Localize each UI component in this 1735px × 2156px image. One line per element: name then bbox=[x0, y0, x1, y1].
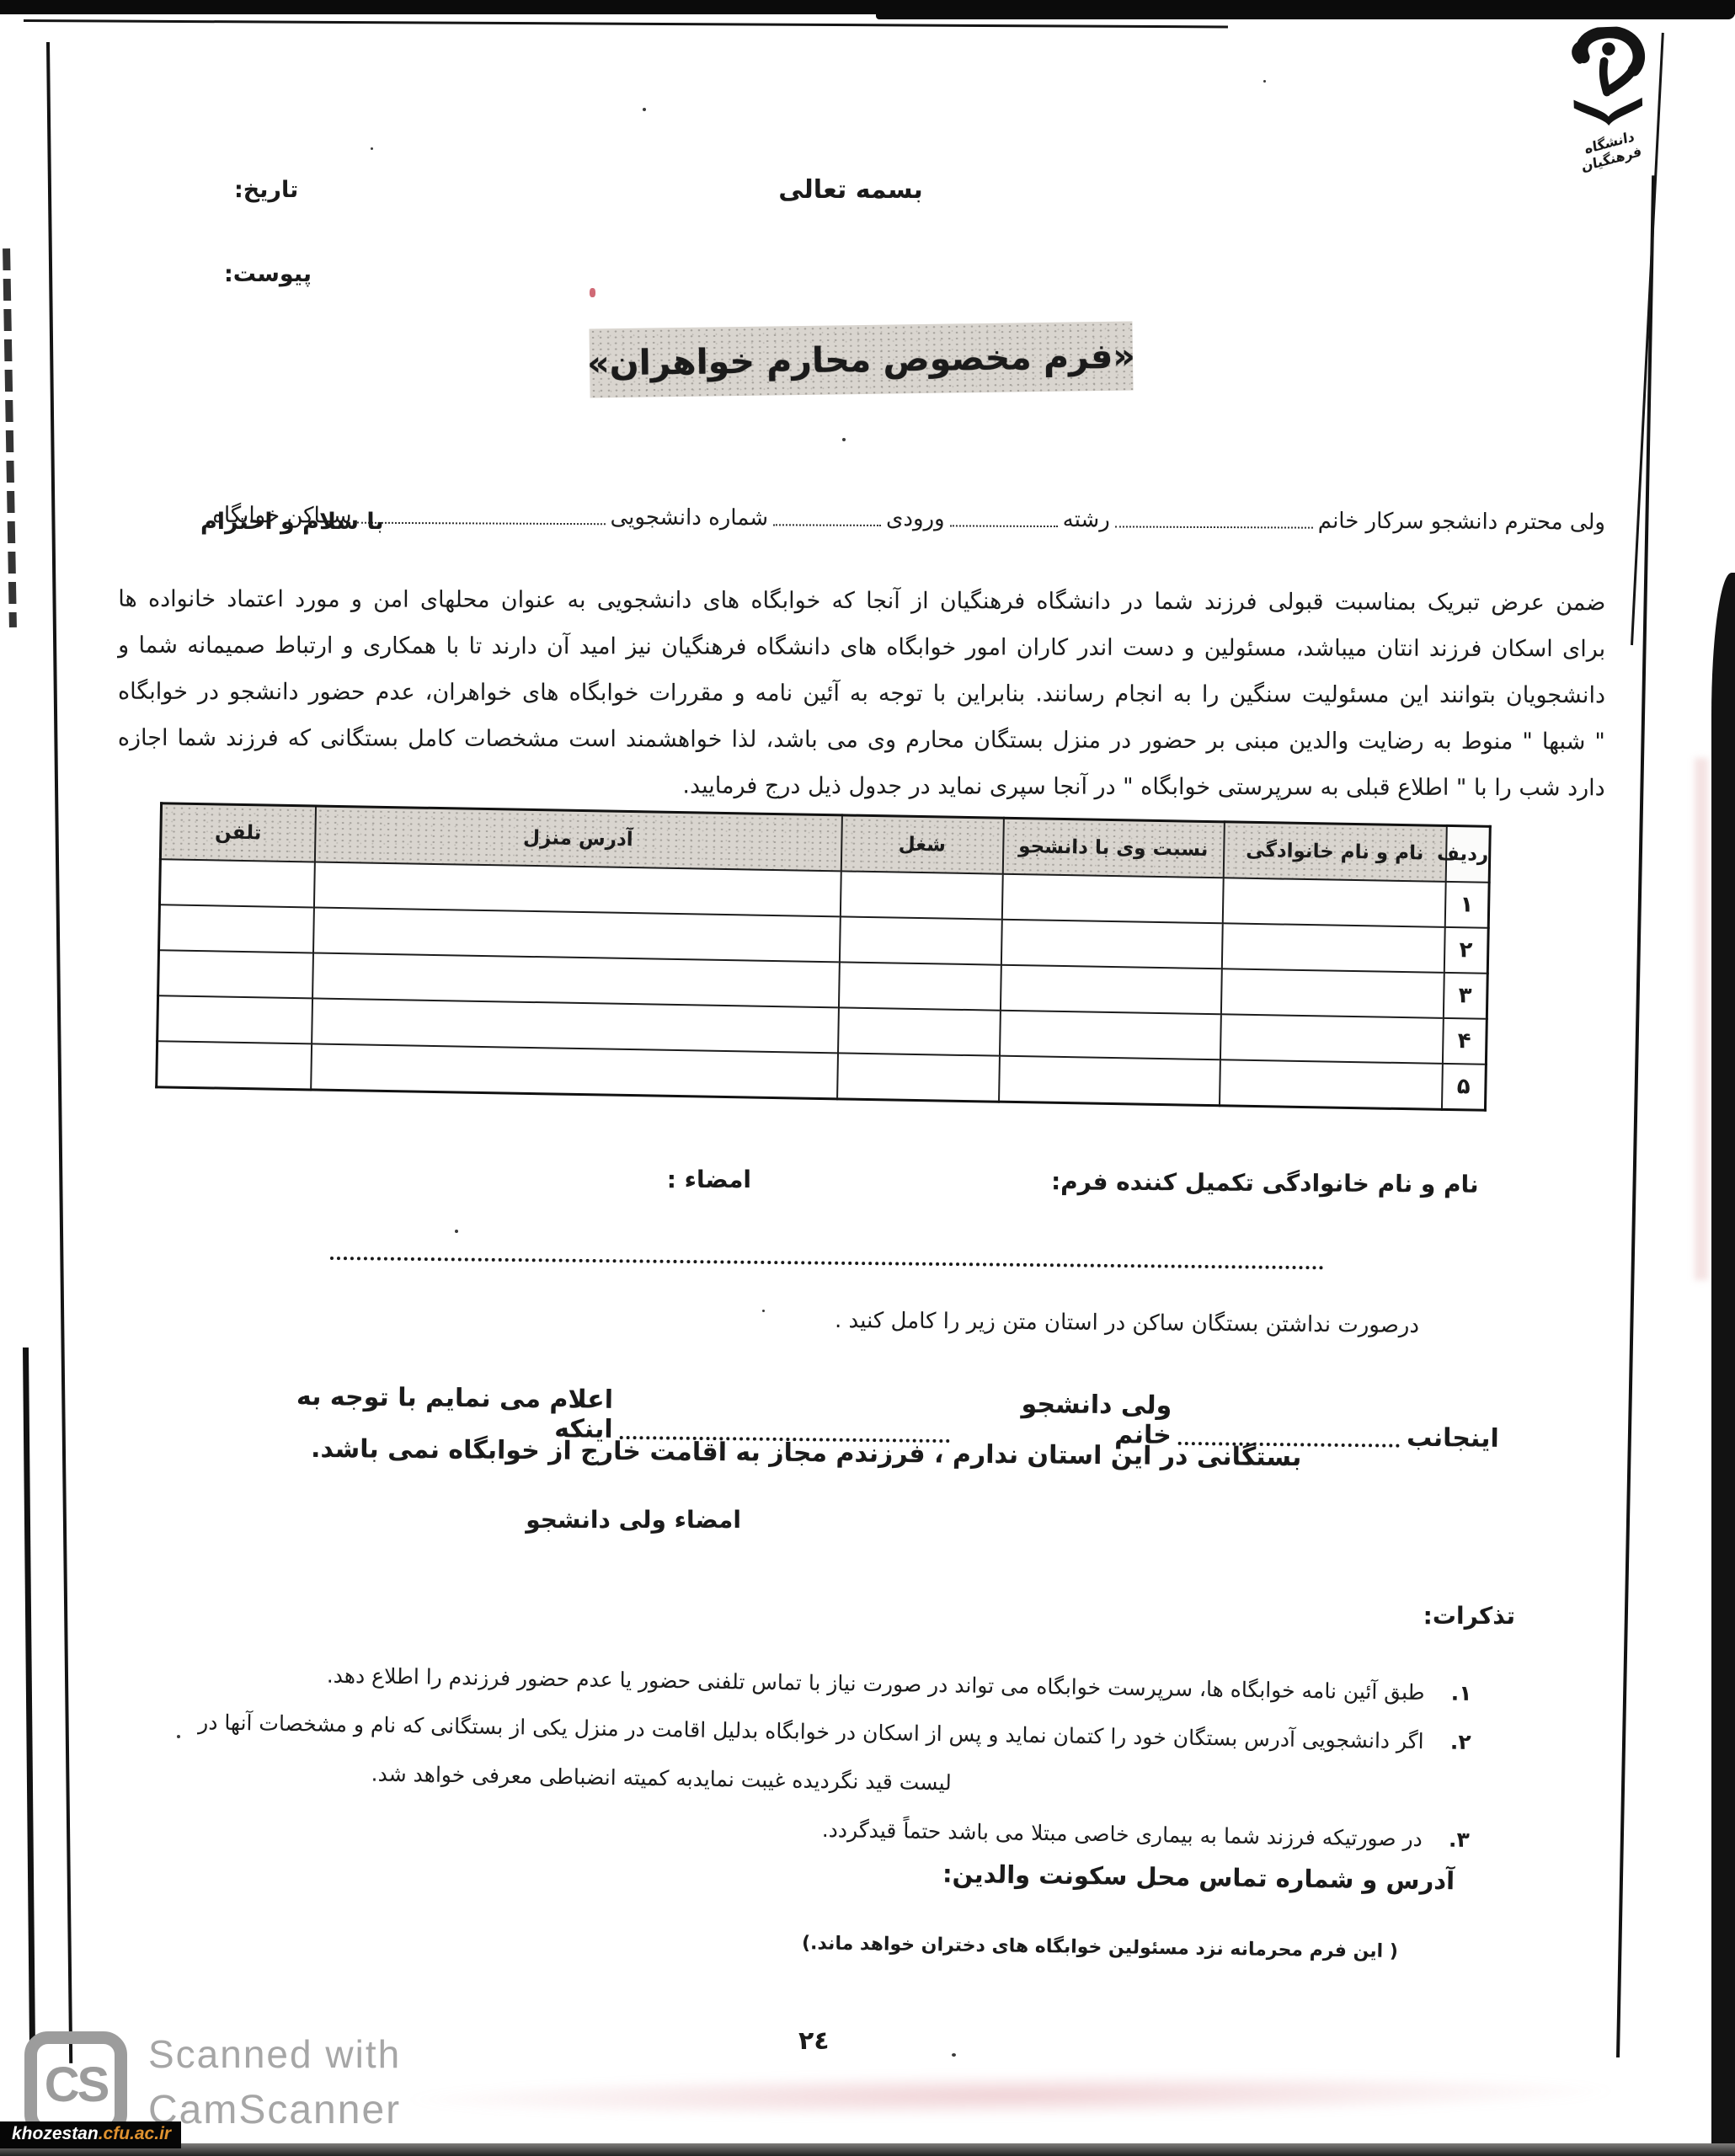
table-cell bbox=[840, 871, 1002, 919]
page-number: ۲٤ bbox=[798, 2026, 830, 2056]
table-header-relation: نسبت وی با دانشجو bbox=[1002, 818, 1224, 878]
table-cell bbox=[1219, 1059, 1442, 1109]
table-cell bbox=[311, 1043, 838, 1098]
besmele-text: بسمه تعالی bbox=[724, 175, 977, 205]
scan-speck bbox=[643, 108, 646, 111]
no-relatives-instruction: درصورت نداشتن بستگان ساکن در استان متن ز… bbox=[835, 1308, 1419, 1338]
table-cell bbox=[159, 859, 314, 907]
table-header-row-number: ردیف bbox=[1445, 825, 1490, 882]
date-label: تاریخ: bbox=[234, 177, 298, 203]
scan-border-right bbox=[1616, 175, 1655, 2057]
table-cell bbox=[1221, 923, 1444, 973]
table-header-job: شغل bbox=[841, 815, 1003, 874]
scan-speck bbox=[762, 1310, 765, 1312]
table-cell bbox=[999, 1056, 1220, 1106]
intro-line: برای اسکان فرزند انتان میباشد، مسئولین و… bbox=[118, 622, 1605, 673]
row-number-cell: ۴ bbox=[1442, 1018, 1487, 1065]
intro-paragraph: ضمن عرض تبریک بمناسبت قبولی فرزند شما در… bbox=[118, 576, 1606, 812]
note-number: ۲. bbox=[1435, 1717, 1471, 1767]
table-cell bbox=[157, 1041, 312, 1090]
scan-speck bbox=[842, 438, 846, 441]
notes-list: ۱. طبق آئین نامه خوابگاه ها، سرپرست خواب… bbox=[122, 1648, 1472, 1865]
table-cell bbox=[837, 1053, 1000, 1102]
scan-pink-speck bbox=[590, 288, 595, 297]
row-number-cell: ۲ bbox=[1444, 927, 1488, 974]
scanned-with-text: Scanned with bbox=[148, 2031, 401, 2077]
table-header-phone: تلفن bbox=[160, 803, 315, 862]
table-cell bbox=[838, 1007, 1001, 1055]
note-number: ۳. bbox=[1433, 1815, 1470, 1865]
table-cell bbox=[999, 1011, 1220, 1060]
table-cell bbox=[1220, 1014, 1443, 1064]
table-cell bbox=[1001, 920, 1222, 969]
table-header-full-name: نام و نام خانوادگی bbox=[1223, 822, 1446, 882]
table-cell bbox=[1000, 965, 1221, 1015]
scan-pink-smudge bbox=[396, 2069, 1626, 2121]
title-highlight: «فرم مخصوص محارم خواهران» bbox=[589, 322, 1133, 398]
table-cell bbox=[157, 995, 312, 1043]
note-text: لیست قید نگردیده غیبت نمایدبه کمیته انضب… bbox=[371, 1749, 952, 1807]
scan-edge-top-thick bbox=[876, 8, 1735, 19]
intro-line: دارد شب را با " اطلاع قبلی به سرپرستی خو… bbox=[118, 761, 1605, 812]
scan-left-dash-mark bbox=[3, 248, 17, 627]
table-cell bbox=[1222, 878, 1445, 927]
note-number: ۱. bbox=[1436, 1668, 1472, 1718]
table-cell bbox=[1001, 874, 1223, 924]
greeting-text: با سلام و احترام bbox=[200, 509, 384, 535]
confidential-note: ( این فرم محرمانه نزد مسئولین خوابگاه ها… bbox=[802, 1933, 1398, 1962]
notes-heading: تذکرات: bbox=[1423, 1602, 1515, 1630]
table-cell bbox=[839, 916, 1001, 964]
relatives-table-wrap: ردیف نام و نام خانوادگی نسبت وی با دانشج… bbox=[155, 802, 1489, 1111]
scan-speck bbox=[371, 147, 373, 150]
row-number-cell: ۵ bbox=[1441, 1064, 1486, 1110]
table-cell bbox=[159, 905, 314, 953]
scan-border-left-lower bbox=[23, 1347, 35, 2080]
table-cell bbox=[158, 950, 313, 998]
table-cell bbox=[1220, 969, 1444, 1018]
page-title: «فرم مخصوص محارم خواهران» bbox=[587, 335, 1135, 383]
site-watermark-domain: .cfu.ac.ir bbox=[99, 2124, 171, 2143]
camscanner-text: CamScanner bbox=[148, 2087, 401, 2133]
table-header-home-address: آدرس منزل bbox=[314, 806, 841, 871]
university-logo-emblem bbox=[1553, 25, 1663, 131]
row-number-cell: ۳ bbox=[1443, 973, 1487, 1019]
site-watermark-badge: khozestan.cfu.ac.ir bbox=[0, 2121, 181, 2148]
university-logo: دانشگاه فرهنگیان bbox=[1549, 25, 1668, 169]
form-filler-name-label: نام و نام خانوادگی تکمیل کننده فرم: bbox=[1051, 1167, 1479, 1198]
site-watermark-name: khozestan bbox=[12, 2124, 99, 2143]
scan-speck bbox=[1263, 80, 1266, 83]
relatives-table: ردیف نام و نام خانوادگی نسبت وی با دانشج… bbox=[155, 802, 1492, 1112]
scan-pink-smudge-right bbox=[1695, 758, 1708, 1280]
parents-address-heading: آدرس و شماره تماس محل سکونت والدین: bbox=[942, 1860, 1455, 1895]
scan-edge-right-band bbox=[1711, 573, 1735, 2156]
form-filler-signature-label: امضاء : bbox=[667, 1166, 751, 1193]
scan-border-top-line bbox=[24, 19, 1228, 28]
attachment-label: پیوست: bbox=[224, 261, 312, 287]
scan-speck bbox=[952, 2053, 956, 2057]
table-cell bbox=[838, 962, 1001, 1010]
camscanner-logo-letters: CS bbox=[45, 2057, 108, 2113]
scan-speck bbox=[455, 1230, 458, 1233]
intro-line: " شبها " منوط به رضایت والدین مبنی بر حض… bbox=[118, 715, 1605, 766]
intro-line: ضمن عرض تبریک بمناسبت قبولی فرزند شما در… bbox=[118, 576, 1605, 627]
scan-edge-bottom bbox=[0, 2143, 1735, 2156]
declaration-start-label: اینجانب bbox=[1407, 1423, 1499, 1454]
dotted-separator-line bbox=[330, 1257, 1324, 1269]
scan-border-left bbox=[46, 42, 72, 2063]
parent-signature-label: امضاء ولی دانشجو bbox=[526, 1506, 741, 1534]
intro-line: دانشجویان بتوانند این مسئولیت سنگین را ب… bbox=[118, 669, 1605, 719]
greeting-line: با سلام و احترام bbox=[200, 509, 1535, 535]
row-number-cell: ۱ bbox=[1444, 882, 1489, 928]
